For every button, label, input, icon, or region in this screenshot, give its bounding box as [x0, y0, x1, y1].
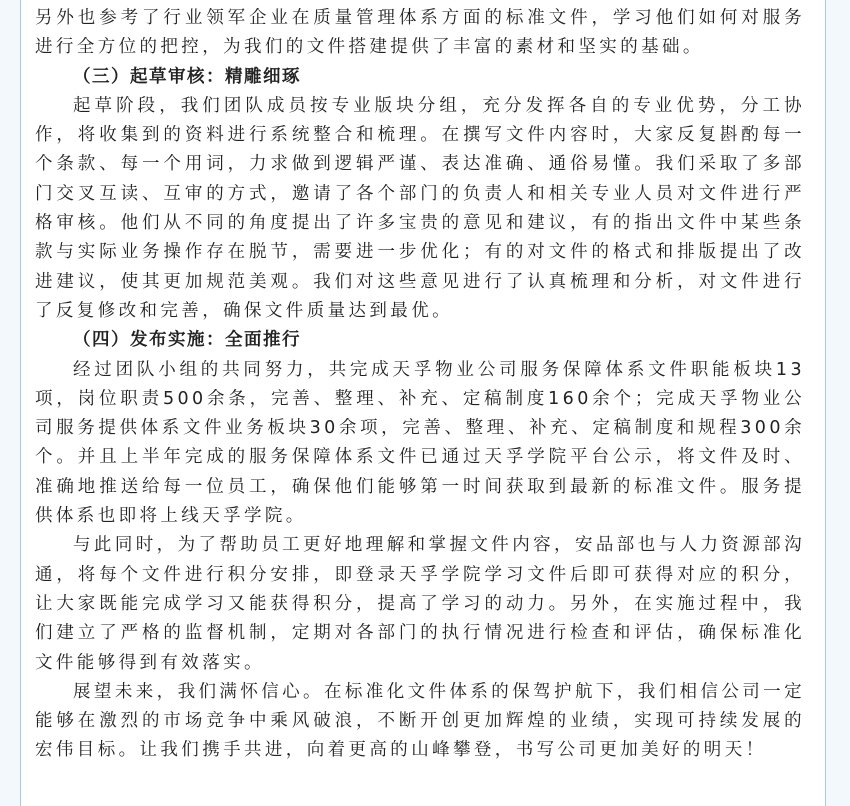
article-body: 另外也参考了行业领军企业在质量管理体系方面的标准文件，学习他们如何对服务进行全方… — [35, 4, 805, 766]
document-page: 另外也参考了行业领军企业在质量管理体系方面的标准文件，学习他们如何对服务进行全方… — [20, 0, 826, 806]
paragraph-drafting: 起草阶段，我们团队成员按专业版块分组，充分发挥各自的专业优势，分工协作，将收集到… — [35, 92, 805, 326]
paragraph-results: 经过团队小组的共同努力，共完成天孚物业公司服务保障体系文件职能板块13项，岗位职… — [35, 356, 805, 532]
paragraph-outlook: 展望未来，我们满怀信心。在标准化文件体系的保驾护航下，我们相信公司一定能够在激烈… — [35, 678, 805, 766]
paragraph-reference-standards: 另外也参考了行业领军企业在质量管理体系方面的标准文件，学习他们如何对服务进行全方… — [35, 4, 805, 63]
paragraph-points-system: 与此同时，为了帮助员工更好地理解和掌握文件内容，安品部也与人力资源部沟通，将每个… — [35, 531, 805, 677]
section-heading-release-implementation: （四）发布实施：全面推行 — [35, 326, 805, 355]
section-heading-drafting-review: （三）起草审核：精雕细琢 — [35, 63, 805, 92]
